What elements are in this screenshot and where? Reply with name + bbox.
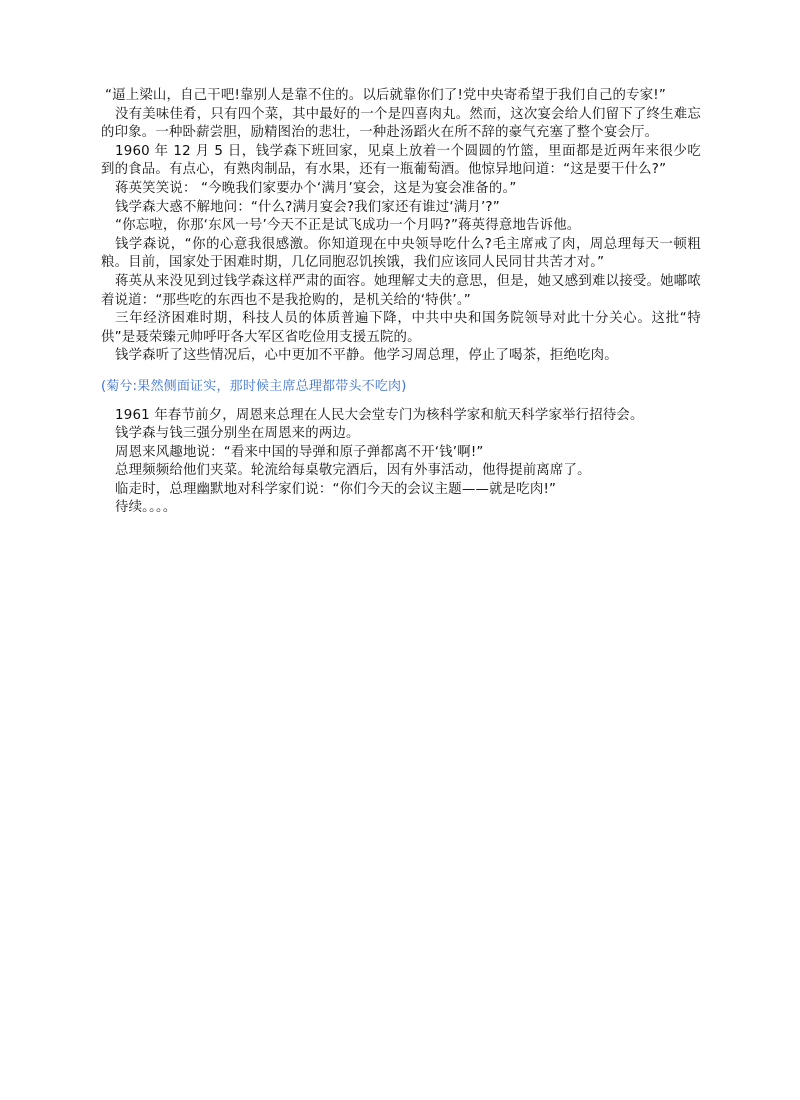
paragraph-qian-puzzled: 钱学森大惑不解地问：“什么?满月宴会?我们家还有谁过‘满月’?” — [101, 199, 701, 218]
paragraph-toast: 总理频频给他们夹菜。轮流给每桌敬完酒后，因有外事活动，他得提前离席了。 — [115, 462, 701, 481]
paragraph-zhou-joke: 周恩来风趣地说：“看来中国的导弹和原子弹都离不开‘钱’啊!” — [115, 444, 701, 463]
paragraph-quote: “逼上梁山，自己干吧!靠别人是靠不住的。以后就靠你们了!党中央寄希望于我们自己的… — [101, 87, 701, 106]
paragraph-dongfeng: “你忘啦，你那‘东风一号’今天不正是试飞成功一个月吗?”蒋英得意地告诉他。 — [101, 217, 701, 236]
section-1961: 1961 年春节前夕，周恩来总理在人民大会堂专门为核科学家和航天科学家举行招待会… — [101, 407, 701, 519]
paragraph-1961: 1961 年春节前夕，周恩来总理在人民大会堂专门为核科学家和航天科学家举行招待会… — [115, 407, 701, 426]
paragraph-qian-says: 钱学森说，“你的心意我很感激。你知道现在中央领导吃什么?毛主席戒了肉，周总理每天… — [101, 236, 701, 273]
paragraph-refuse-meat: 钱学森听了这些情况后，心中更加不平静。他学习周总理，停止了喝茶，拒绝吃肉。 — [101, 347, 701, 366]
paragraph-leaving: 临走时，总理幽默地对科学家们说：“你们今天的会议主题——就是吃肉!” — [115, 481, 701, 500]
paragraph-seating: 钱学森与钱三强分别坐在周恩来的两边。 — [115, 425, 701, 444]
editor-note: (菊兮:果然侧面证实，那时候主席总理都带头不吃肉) — [101, 378, 701, 397]
paragraph-banquet: 没有美味佳肴，只有四个菜，其中最好的一个是四喜肉丸。然而，这次宴会给人们留下了终… — [101, 106, 701, 143]
paragraph-jiangying-stern: 蒋英从来没见到过钱学森这样严肃的面容。她理解丈夫的意思，但是，她又感到难以接受。… — [101, 273, 701, 310]
document-page: “逼上梁山，自己干吧!靠别人是靠不住的。以后就靠你们了!党中央寄希望于我们自己的… — [101, 87, 701, 518]
paragraph-1960: 1960 年 12 月 5 日，钱学森下班回家，见桌上放着一个圆圆的竹篮，里面都… — [101, 143, 701, 180]
paragraph-jiangying-smile: 蒋英笑笑说： “今晚我们家要办个‘满月’宴会，这是为宴会准备的。” — [101, 180, 701, 199]
paragraph-to-be-continued: 待续。。。。 — [115, 499, 701, 518]
paragraph-hardship: 三年经济困难时期，科技人员的体质普遍下降，中共中央和国务院领导对此十分关心。这批… — [101, 310, 701, 347]
